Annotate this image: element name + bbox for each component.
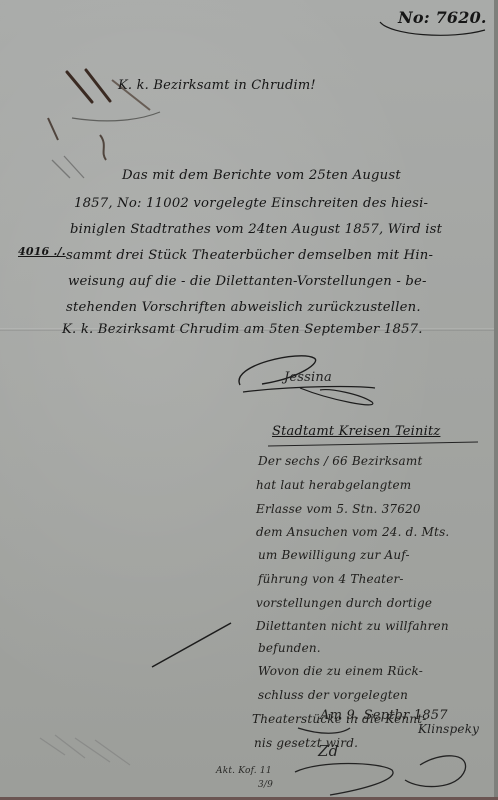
body-line-3: biniglen Stadtrathes vom 24ten August 18…	[70, 222, 442, 237]
body-line-6: stehenden Vorschriften abweislich zurück…	[66, 300, 421, 315]
response-line-4: dem Ansuchen vom 24. d. Mts.	[256, 525, 449, 539]
response-line-3: Erlasse vom 5. Stn. 37620	[256, 502, 421, 516]
address-line: K. k. Bezirksamt in Chrudim!	[118, 78, 316, 93]
response-line-13: nis gesetzt wird.	[254, 736, 358, 750]
reference-number: No: 7620.	[398, 8, 487, 27]
main-signature: Jessina	[284, 370, 332, 385]
response-heading: Stadtamt Kreisen Teinitz	[272, 424, 440, 439]
response-line-7: vorstellungen durch dortige	[256, 596, 432, 610]
response-line-11: schluss der vorgelegten	[258, 688, 408, 702]
response-line-10: Wovon die zu einem Rück-	[258, 664, 423, 678]
margin-number: 4016 ./.	[18, 245, 66, 258]
pen-strokes	[0, 0, 498, 800]
response-line-9: befunden.	[258, 641, 321, 655]
response-line-6: führung von 4 Theater-	[258, 572, 404, 586]
response-line-1: Der sechs / 66 Bezirksamt	[258, 454, 423, 468]
body-line-7: K. k. Bezirksamt Chrudim am 5ten Septemb…	[62, 322, 423, 337]
filing-note: Akt. Kof. 11	[216, 766, 272, 776]
initials-mark: Zd	[318, 742, 338, 760]
response-date: Am 9. Septbr 1857	[320, 708, 448, 723]
document-page: No: 7620. K. k. Bezirksamt in Chrudim! 4…	[0, 0, 498, 800]
body-line-2: 1857, No: 11002 vorgelegte Einschreiten …	[74, 196, 428, 211]
body-line-4: sammt drei Stück Theaterbücher demselben…	[66, 248, 433, 263]
filing-note-fraction: 3/9	[258, 780, 273, 790]
body-line-1: Das mit dem Berichte vom 25ten August	[122, 168, 401, 183]
response-line-2: hat laut herabgelangtem	[256, 478, 411, 492]
body-line-5: weisung auf die - die Dilettanten-Vorste…	[68, 274, 427, 289]
response-line-5: um Bewilligung zur Auf-	[258, 548, 410, 562]
response-signature: Klinspeky	[418, 722, 479, 736]
response-line-8: Dilettanten nicht zu willfahren	[256, 619, 449, 633]
paper-edge	[494, 0, 498, 800]
